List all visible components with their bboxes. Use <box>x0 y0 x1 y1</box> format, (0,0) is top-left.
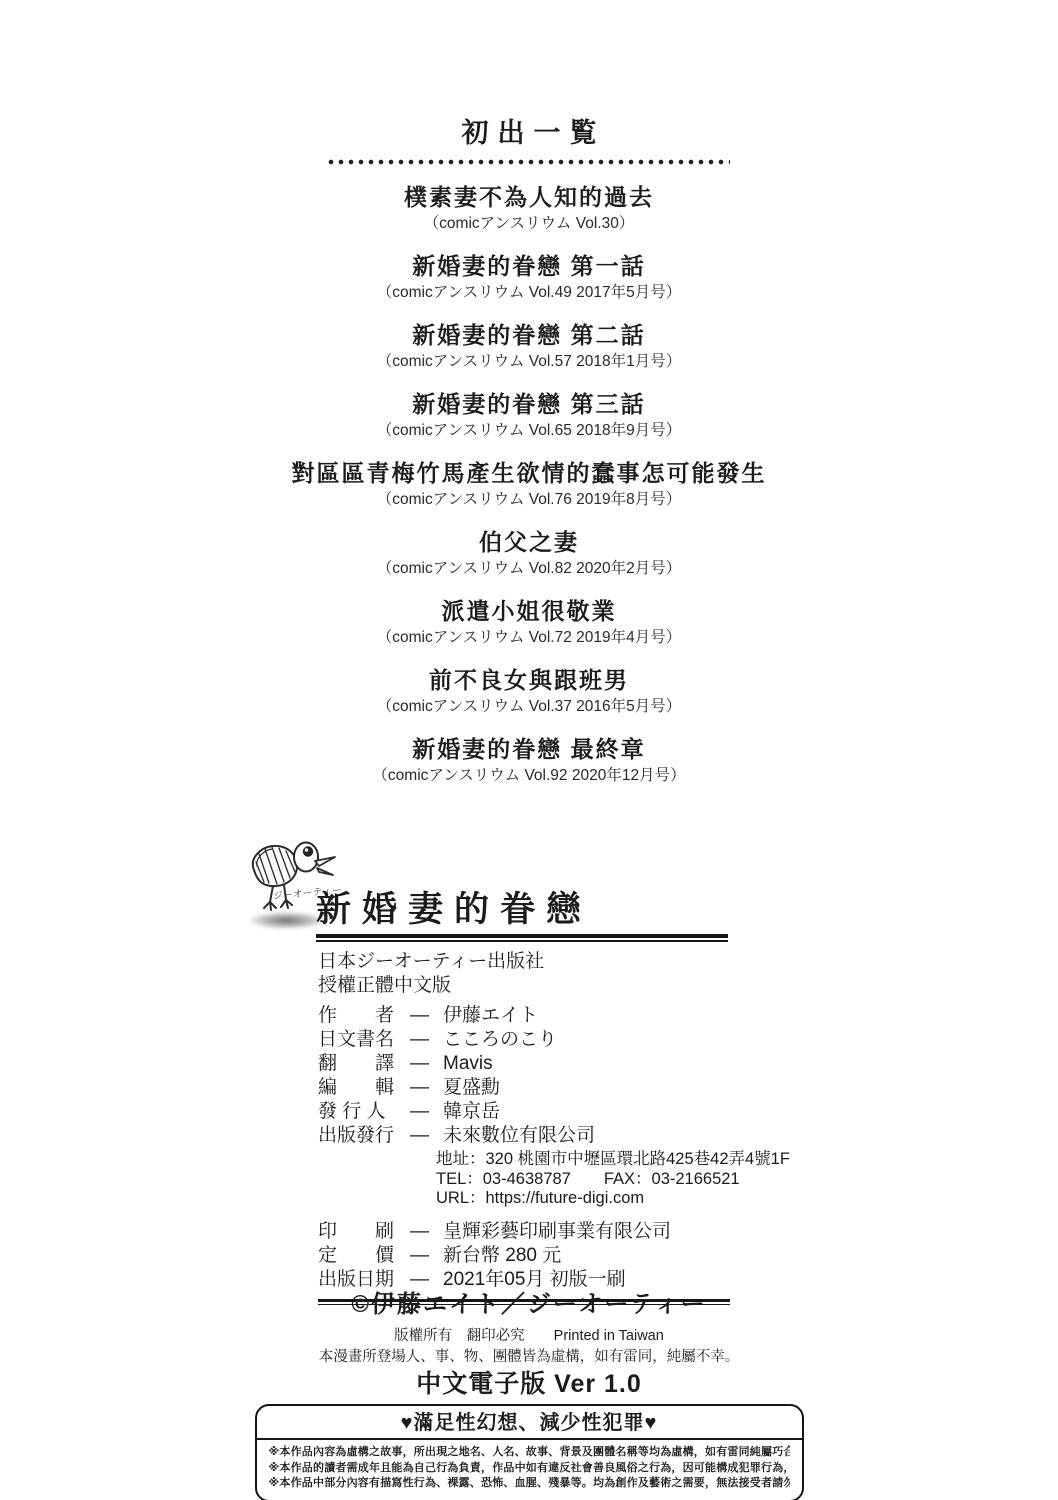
edition-line: 中文電子版 Ver 1.0 <box>0 1370 1058 1399</box>
publication-entry-title: 對區區青梅竹馬產生欲情的蠢事怎可能發生 <box>0 458 1058 488</box>
first-publication-title: 初出一覧 <box>0 118 1058 148</box>
notice-lines: ※本作品內容為虛構之故事，所出現之地名、人名、故事、背景及團體名稱等均為虛構，如… <box>269 1445 790 1492</box>
publication-entry-source: （comicアンスリウム Vol.76 2019年8月号） <box>0 489 1058 511</box>
credit-label: 作 者 <box>318 1006 406 1026</box>
colophon-credits: 日本ジーオーティー出版社 授權正體中文版 作 者 — 伊藤エイト 日文書名 — … <box>318 951 730 1305</box>
publication-entry-title: 新婚妻的眷戀 第三話 <box>0 389 1058 419</box>
publication-entry: 新婚妻的眷戀 第一話 （comicアンスリウム Vol.49 2017年5月号） <box>0 251 1058 304</box>
credit-value: 皇輝彩藝印刷事業有限公司 <box>443 1222 671 1242</box>
copyright-line: ©伊藤エイト／ジーオーティー <box>0 1291 1058 1319</box>
title-underline-thin <box>316 940 728 942</box>
publication-entry-title: 新婚妻的眷戀 第一話 <box>0 251 1058 281</box>
credit-value: 2021年05月 初版一刷 <box>443 1270 626 1290</box>
publication-entry: 伯父之妻 （comicアンスリウム Vol.82 2020年2月号） <box>0 527 1058 580</box>
notice-line: ※本作品中部分內容有描寫性行為、裸露、恐怖、血腥、殘暴等。均為創作及藝術之需要，… <box>269 1476 790 1492</box>
publication-entry-title: 前不良女與跟班男 <box>0 665 1058 695</box>
credit-separator: — <box>410 1246 429 1266</box>
credit-label: 出版日期 <box>318 1270 406 1290</box>
publication-entry-title: 派遣小姐很敬業 <box>0 596 1058 626</box>
credit-rows-print: 印 刷 — 皇輝彩藝印刷事業有限公司 定 價 — 新台幣 280 元 出版日期 … <box>318 1222 730 1290</box>
publication-entry: 前不良女與跟班男 （comicアンスリウム Vol.37 2016年5月号） <box>0 665 1058 718</box>
credit-separator: — <box>410 1078 429 1098</box>
credit-label: 印 刷 <box>318 1222 406 1242</box>
credit-row: 定 價 — 新台幣 280 元 <box>318 1246 730 1266</box>
credit-rows-main: 作 者 — 伊藤エイト 日文書名 — こころのこり 翻 譯 — Mavis <box>318 1006 730 1146</box>
credit-separator: — <box>410 1054 429 1074</box>
credit-row: 編 輯 — 夏盛勳 <box>318 1078 730 1098</box>
publication-entry: 新婚妻的眷戀 第二話 （comicアンスリウム Vol.57 2018年1月号） <box>0 320 1058 373</box>
publisher-name: 日本ジーオーティー出版社 <box>318 951 730 973</box>
publication-entry: 新婚妻的眷戀 最終章 （comicアンスリウム Vol.92 2020年12月号… <box>0 734 1058 787</box>
rights-line: 版權所有 翻印必究 Printed in Taiwan <box>0 1327 1058 1345</box>
credit-row: 出版發行 — 未來數位有限公司 <box>318 1126 730 1146</box>
credit-value: こころのこり <box>443 1030 557 1050</box>
notice-line: ※本作品內容為虛構之故事，所出現之地名、人名、故事、背景及團體名稱等均為虛構，如… <box>269 1445 790 1461</box>
publication-entry-source: （comicアンスリウム Vol.65 2018年9月号） <box>0 420 1058 442</box>
notice-divider <box>257 1438 802 1440</box>
credit-row: 日文書名 — こころのこり <box>318 1030 730 1050</box>
credit-row: 翻 譯 — Mavis <box>318 1054 730 1074</box>
credit-separator: — <box>410 1102 429 1122</box>
publication-entry-source: （comicアンスリウム Vol.72 2019年4月号） <box>0 627 1058 649</box>
credit-row: 作 者 — 伊藤エイト <box>318 1006 730 1026</box>
publication-entry: 派遣小姐很敬業 （comicアンスリウム Vol.72 2019年4月号） <box>0 596 1058 649</box>
credit-value: 伊藤エイト <box>443 1006 538 1026</box>
credit-label: 翻 譯 <box>318 1054 406 1074</box>
credit-value: 新台幣 280 元 <box>443 1246 561 1266</box>
first-publication-section: 初出一覧 樸素妻不為人知的過去 （comicアンスリウム Vol.30） 新婚妻… <box>0 118 1058 803</box>
title-underline-thick <box>316 934 728 938</box>
publication-entry: 新婚妻的眷戀 第三話 （comicアンスリウム Vol.65 2018年9月号） <box>0 389 1058 442</box>
notice-heading: ♥滿足性幻想、減少性犯罪♥ <box>269 1411 790 1435</box>
credit-separator: — <box>410 1030 429 1050</box>
publication-entry-source: （comicアンスリウム Vol.82 2020年2月号） <box>0 558 1058 580</box>
footer-section: ©伊藤エイト／ジーオーティー 版權所有 翻印必究 Printed in Taiw… <box>0 1291 1058 1500</box>
publication-list: 樸素妻不為人知的過去 （comicアンスリウム Vol.30） 新婚妻的眷戀 第… <box>0 182 1058 787</box>
credit-separator: — <box>410 1126 429 1146</box>
credit-label: 日文書名 <box>318 1030 406 1050</box>
credit-row: 出版日期 — 2021年05月 初版一刷 <box>318 1270 730 1290</box>
license-line: 授權正體中文版 <box>318 975 730 997</box>
publication-entry: 對區區青梅竹馬產生欲情的蠢事怎可能發生 （comicアンスリウム Vol.76 … <box>0 458 1058 511</box>
publication-entry-source: （comicアンスリウム Vol.57 2018年1月号） <box>0 351 1058 373</box>
publisher-detail-line: TEL：03-4638787 FAX：03-2166521 <box>436 1170 730 1190</box>
credit-label: 編 輯 <box>318 1078 406 1098</box>
credit-value: 未來數位有限公司 <box>443 1126 595 1146</box>
credit-separator: — <box>410 1006 429 1026</box>
credit-label: 定 價 <box>318 1246 406 1266</box>
colophon-page: 初出一覧 樸素妻不為人知的過去 （comicアンスリウム Vol.30） 新婚妻… <box>0 0 1058 1500</box>
dotted-divider <box>328 159 730 165</box>
credit-separator: — <box>410 1222 429 1242</box>
credit-value: 夏盛勳 <box>443 1078 500 1098</box>
publication-entry-source: （comicアンスリウム Vol.37 2016年5月号） <box>0 696 1058 718</box>
credit-value: Mavis <box>443 1054 493 1074</box>
publication-entry-source: （comicアンスリウム Vol.30） <box>0 213 1058 235</box>
notice-line: ※本作品的讀者需成年且能為自己行為負責，作品中如有違反社會善良風俗之行為，因可能… <box>269 1461 790 1477</box>
fiction-disclaimer-line: 本漫畫所登場人、事、物、團體皆為虛構，如有雷同，純屬不幸。 <box>0 1348 1058 1366</box>
publication-entry-title: 樸素妻不為人知的過去 <box>0 182 1058 212</box>
publication-entry-title: 新婚妻的眷戀 第二話 <box>0 320 1058 350</box>
publisher-details: 地址：320 桃園市中壢區環北路425巷42弄4號1F TEL：03-46387… <box>436 1150 730 1209</box>
credit-row: 發 行 人 — 韓京岳 <box>318 1102 730 1122</box>
publication-entry: 樸素妻不為人知的過去 （comicアンスリウム Vol.30） <box>0 182 1058 235</box>
publication-entry-title: 新婚妻的眷戀 最終章 <box>0 734 1058 764</box>
credit-row: 印 刷 — 皇輝彩藝印刷事業有限公司 <box>318 1222 730 1242</box>
book-title-block: 新婚妻的眷戀 <box>316 889 728 942</box>
notice-box: ♥滿足性幻想、減少性犯罪♥ ※本作品內容為虛構之故事，所出現之地名、人名、故事、… <box>255 1404 804 1500</box>
credit-value: 韓京岳 <box>443 1102 500 1122</box>
publication-entry-source: （comicアンスリウム Vol.49 2017年5月号） <box>0 282 1058 304</box>
credit-label: 發 行 人 <box>318 1102 406 1122</box>
publisher-detail-line: 地址：320 桃園市中壢區環北路425巷42弄4號1F <box>436 1150 730 1170</box>
credit-label: 出版發行 <box>318 1126 406 1146</box>
credit-separator: — <box>410 1270 429 1290</box>
publication-entry-title: 伯父之妻 <box>0 527 1058 557</box>
book-title: 新婚妻的眷戀 <box>316 889 728 931</box>
publisher-detail-line: URL：https://future-digi.com <box>436 1189 730 1209</box>
publication-entry-source: （comicアンスリウム Vol.92 2020年12月号） <box>0 765 1058 787</box>
logo-shadow <box>250 912 324 929</box>
